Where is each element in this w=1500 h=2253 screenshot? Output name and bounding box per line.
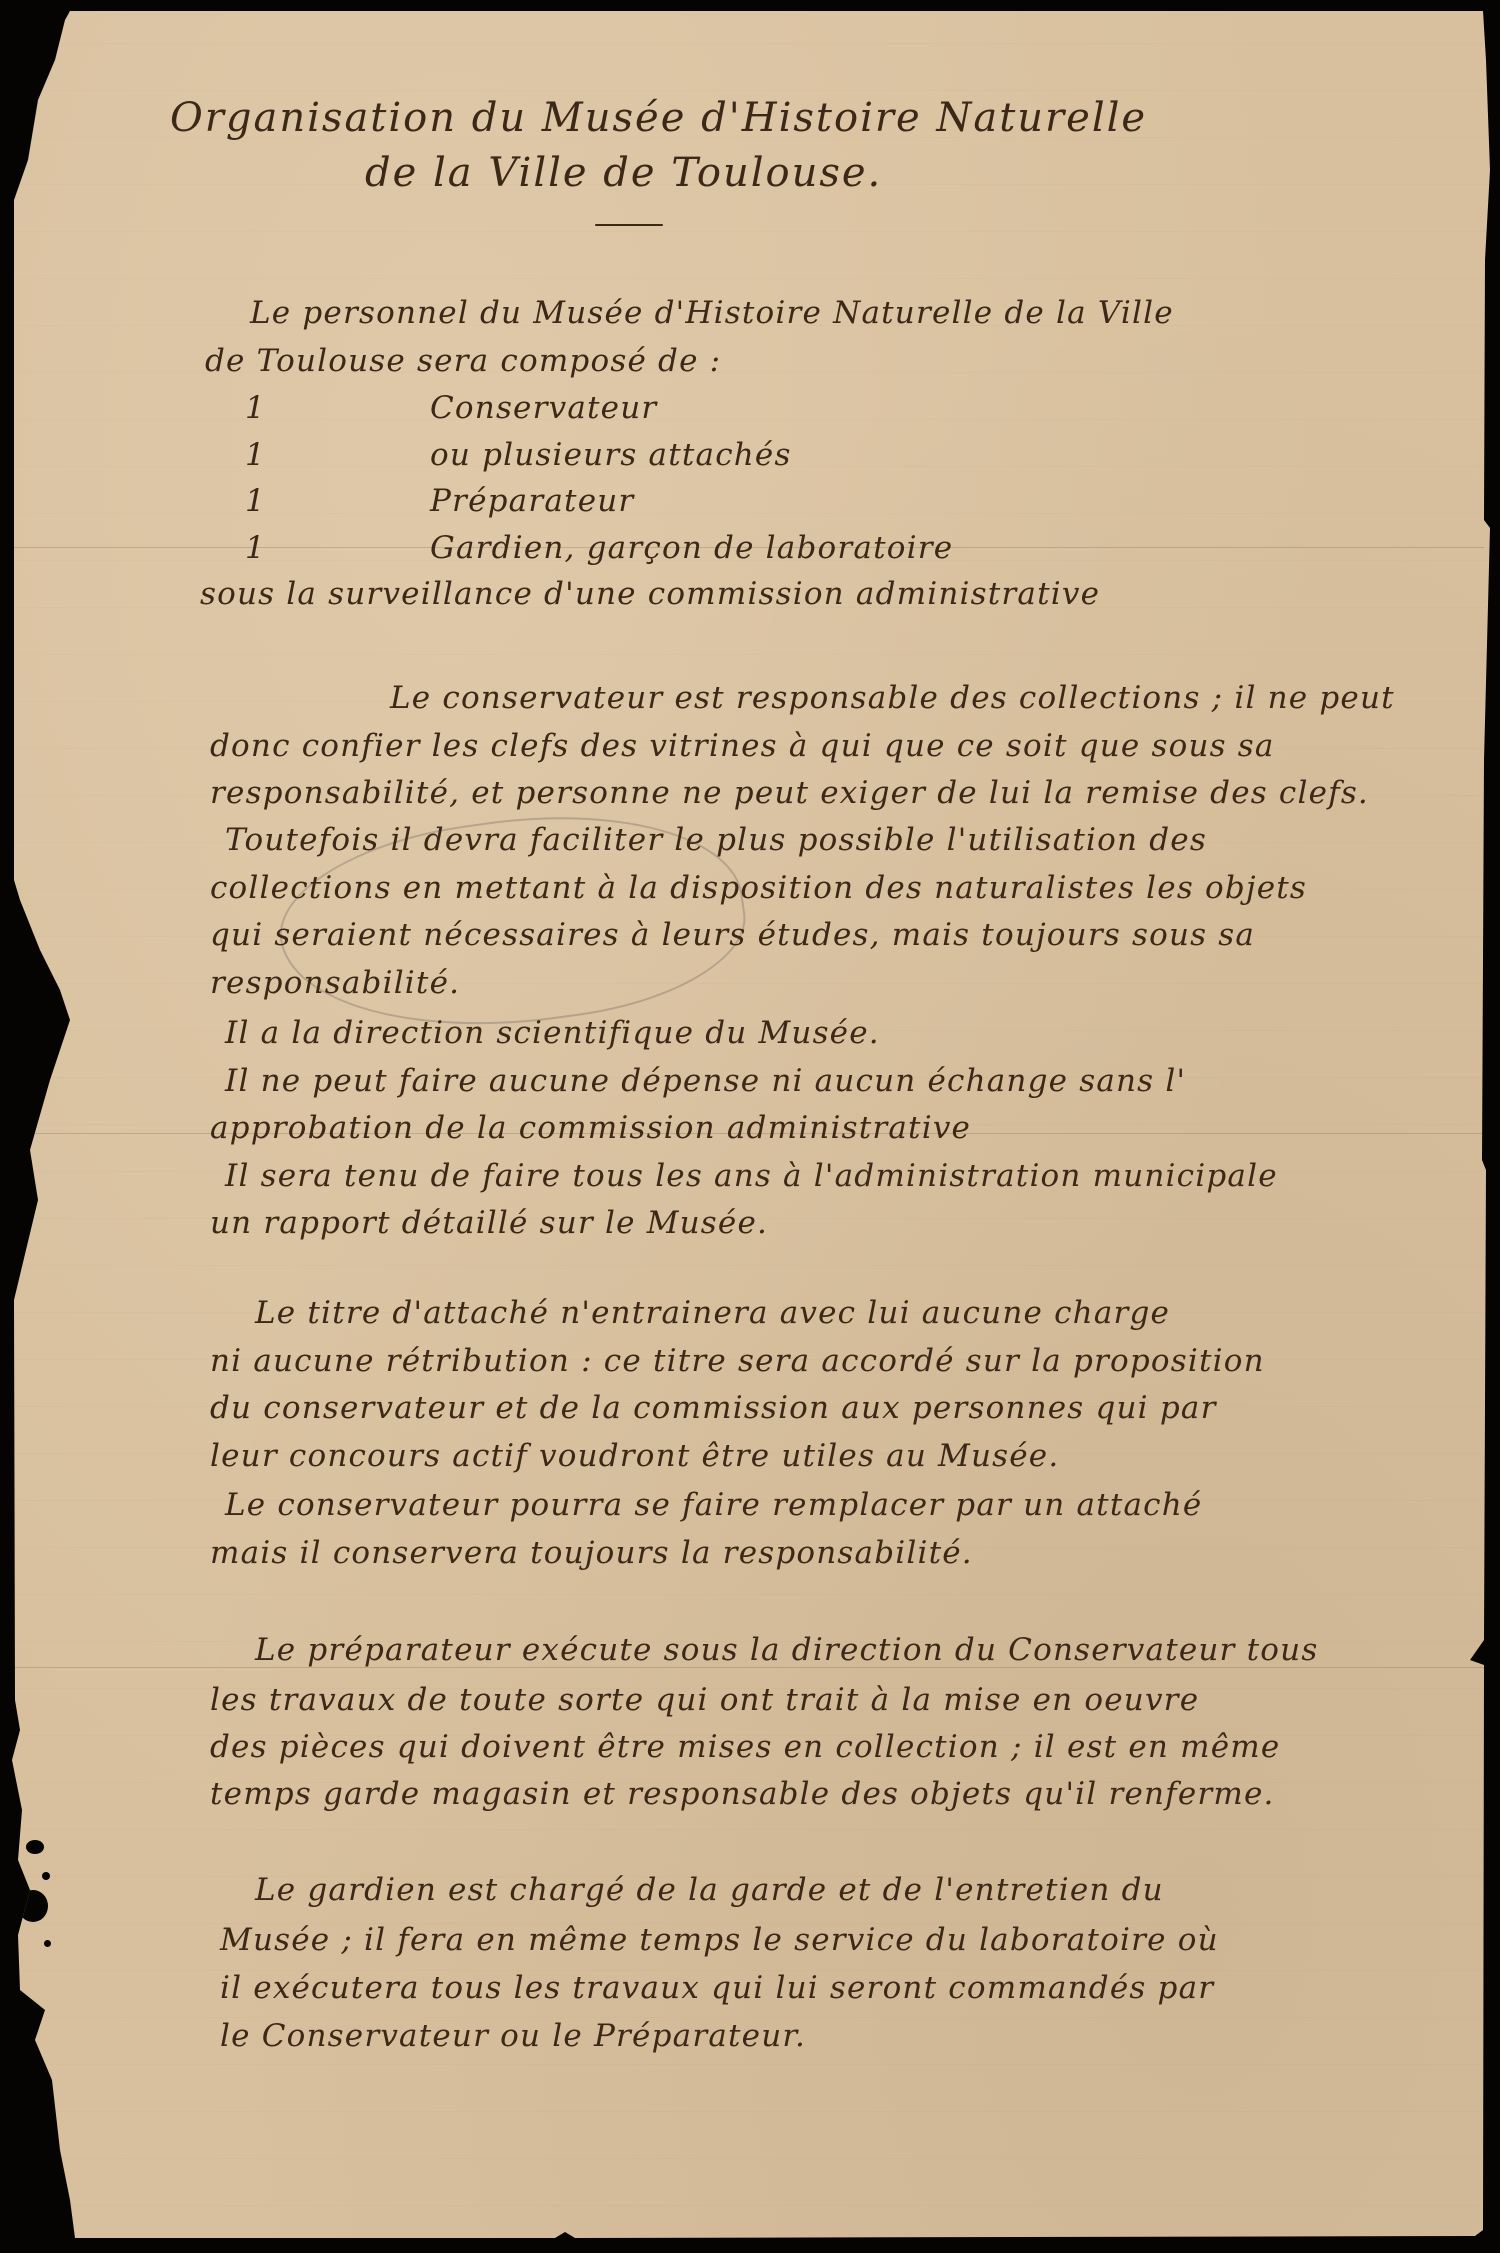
paragraph2-line: approbation de la commission administrat… (210, 1110, 971, 1146)
staff-count: 1 (245, 483, 266, 519)
paragraph4-line: des pièces qui doivent être mises en col… (210, 1729, 1280, 1765)
paragraph3-line: leur concours actif voudront être utiles… (210, 1438, 1059, 1474)
paper-hole (26, 1840, 44, 1854)
paragraph4-line: les travaux de toute sorte qui ont trait… (210, 1682, 1199, 1718)
paragraph2-line: Il ne peut faire aucune dépense ni aucun… (225, 1063, 1186, 1099)
paragraph1-line2: de Toulouse sera composé de : (205, 343, 721, 379)
paragraph1-closing: sous la surveillance d'une commission ad… (200, 576, 1100, 612)
paragraph2-line: responsabilité. (210, 965, 460, 1001)
paragraph3-line: Le titre d'attaché n'entrainera avec lui… (255, 1295, 1170, 1331)
staff-count: 1 (245, 530, 266, 566)
paragraph4-line: temps garde magasin et responsable des o… (210, 1776, 1275, 1812)
paper-hole (18, 1890, 48, 1922)
staff-role: Conservateur (430, 390, 657, 426)
title-separator (595, 224, 663, 226)
staff-role: ou plusieurs attachés (430, 437, 792, 473)
staff-role: Gardien, garçon de laboratoire (430, 530, 953, 566)
paragraph3-line: mais il conservera toujours la responsab… (210, 1535, 973, 1571)
manuscript-page: Organisation du Musée d'Histoire Naturel… (0, 0, 1500, 2253)
paragraph5-line: il exécutera tous les travaux qui lui se… (220, 1970, 1214, 2006)
paragraph3-line: Le conservateur pourra se faire remplace… (225, 1487, 1202, 1523)
document-title-line1: Organisation du Musée d'Histoire Naturel… (170, 95, 1147, 141)
paragraph5-line: Musée ; il fera en même temps le service… (220, 1922, 1219, 1958)
staff-count: 1 (245, 437, 266, 473)
paragraph5-line: le Conservateur ou le Préparateur. (220, 2018, 806, 2054)
paragraph3-line: ni aucune rétribution : ce titre sera ac… (210, 1343, 1265, 1379)
paragraph4-line: Le préparateur exécute sous la direction… (255, 1632, 1318, 1668)
paragraph2-line: Il a la direction scientifique du Musée. (225, 1015, 880, 1051)
paragraph2-line: qui seraient nécessaires à leurs études,… (210, 917, 1255, 953)
paper-hole (42, 1872, 50, 1880)
staff-role: Préparateur (430, 483, 634, 519)
paragraph2-line: Toutefois il devra faciliter le plus pos… (225, 822, 1207, 858)
paragraph3-line: du conservateur et de la commission aux … (210, 1390, 1217, 1426)
paragraph2-line: Le conservateur est responsable des coll… (390, 680, 1395, 716)
paper-hole (44, 1940, 51, 1947)
paragraph2-line: un rapport détaillé sur le Musée. (210, 1205, 768, 1241)
paragraph5-line: Le gardien est chargé de la garde et de … (255, 1872, 1164, 1908)
paragraph2-line: responsabilité, et personne ne peut exig… (210, 775, 1369, 811)
paragraph2-line: donc confier les clefs des vitrines à qu… (210, 728, 1275, 764)
paragraph2-line: Il sera tenu de faire tous les ans à l'a… (225, 1158, 1278, 1194)
paragraph2-line: collections en mettant à la disposition … (210, 870, 1307, 906)
staff-count: 1 (245, 390, 266, 426)
paragraph1-line1: Le personnel du Musée d'Histoire Naturel… (250, 295, 1174, 331)
document-title-line2: de la Ville de Toulouse. (365, 150, 882, 196)
